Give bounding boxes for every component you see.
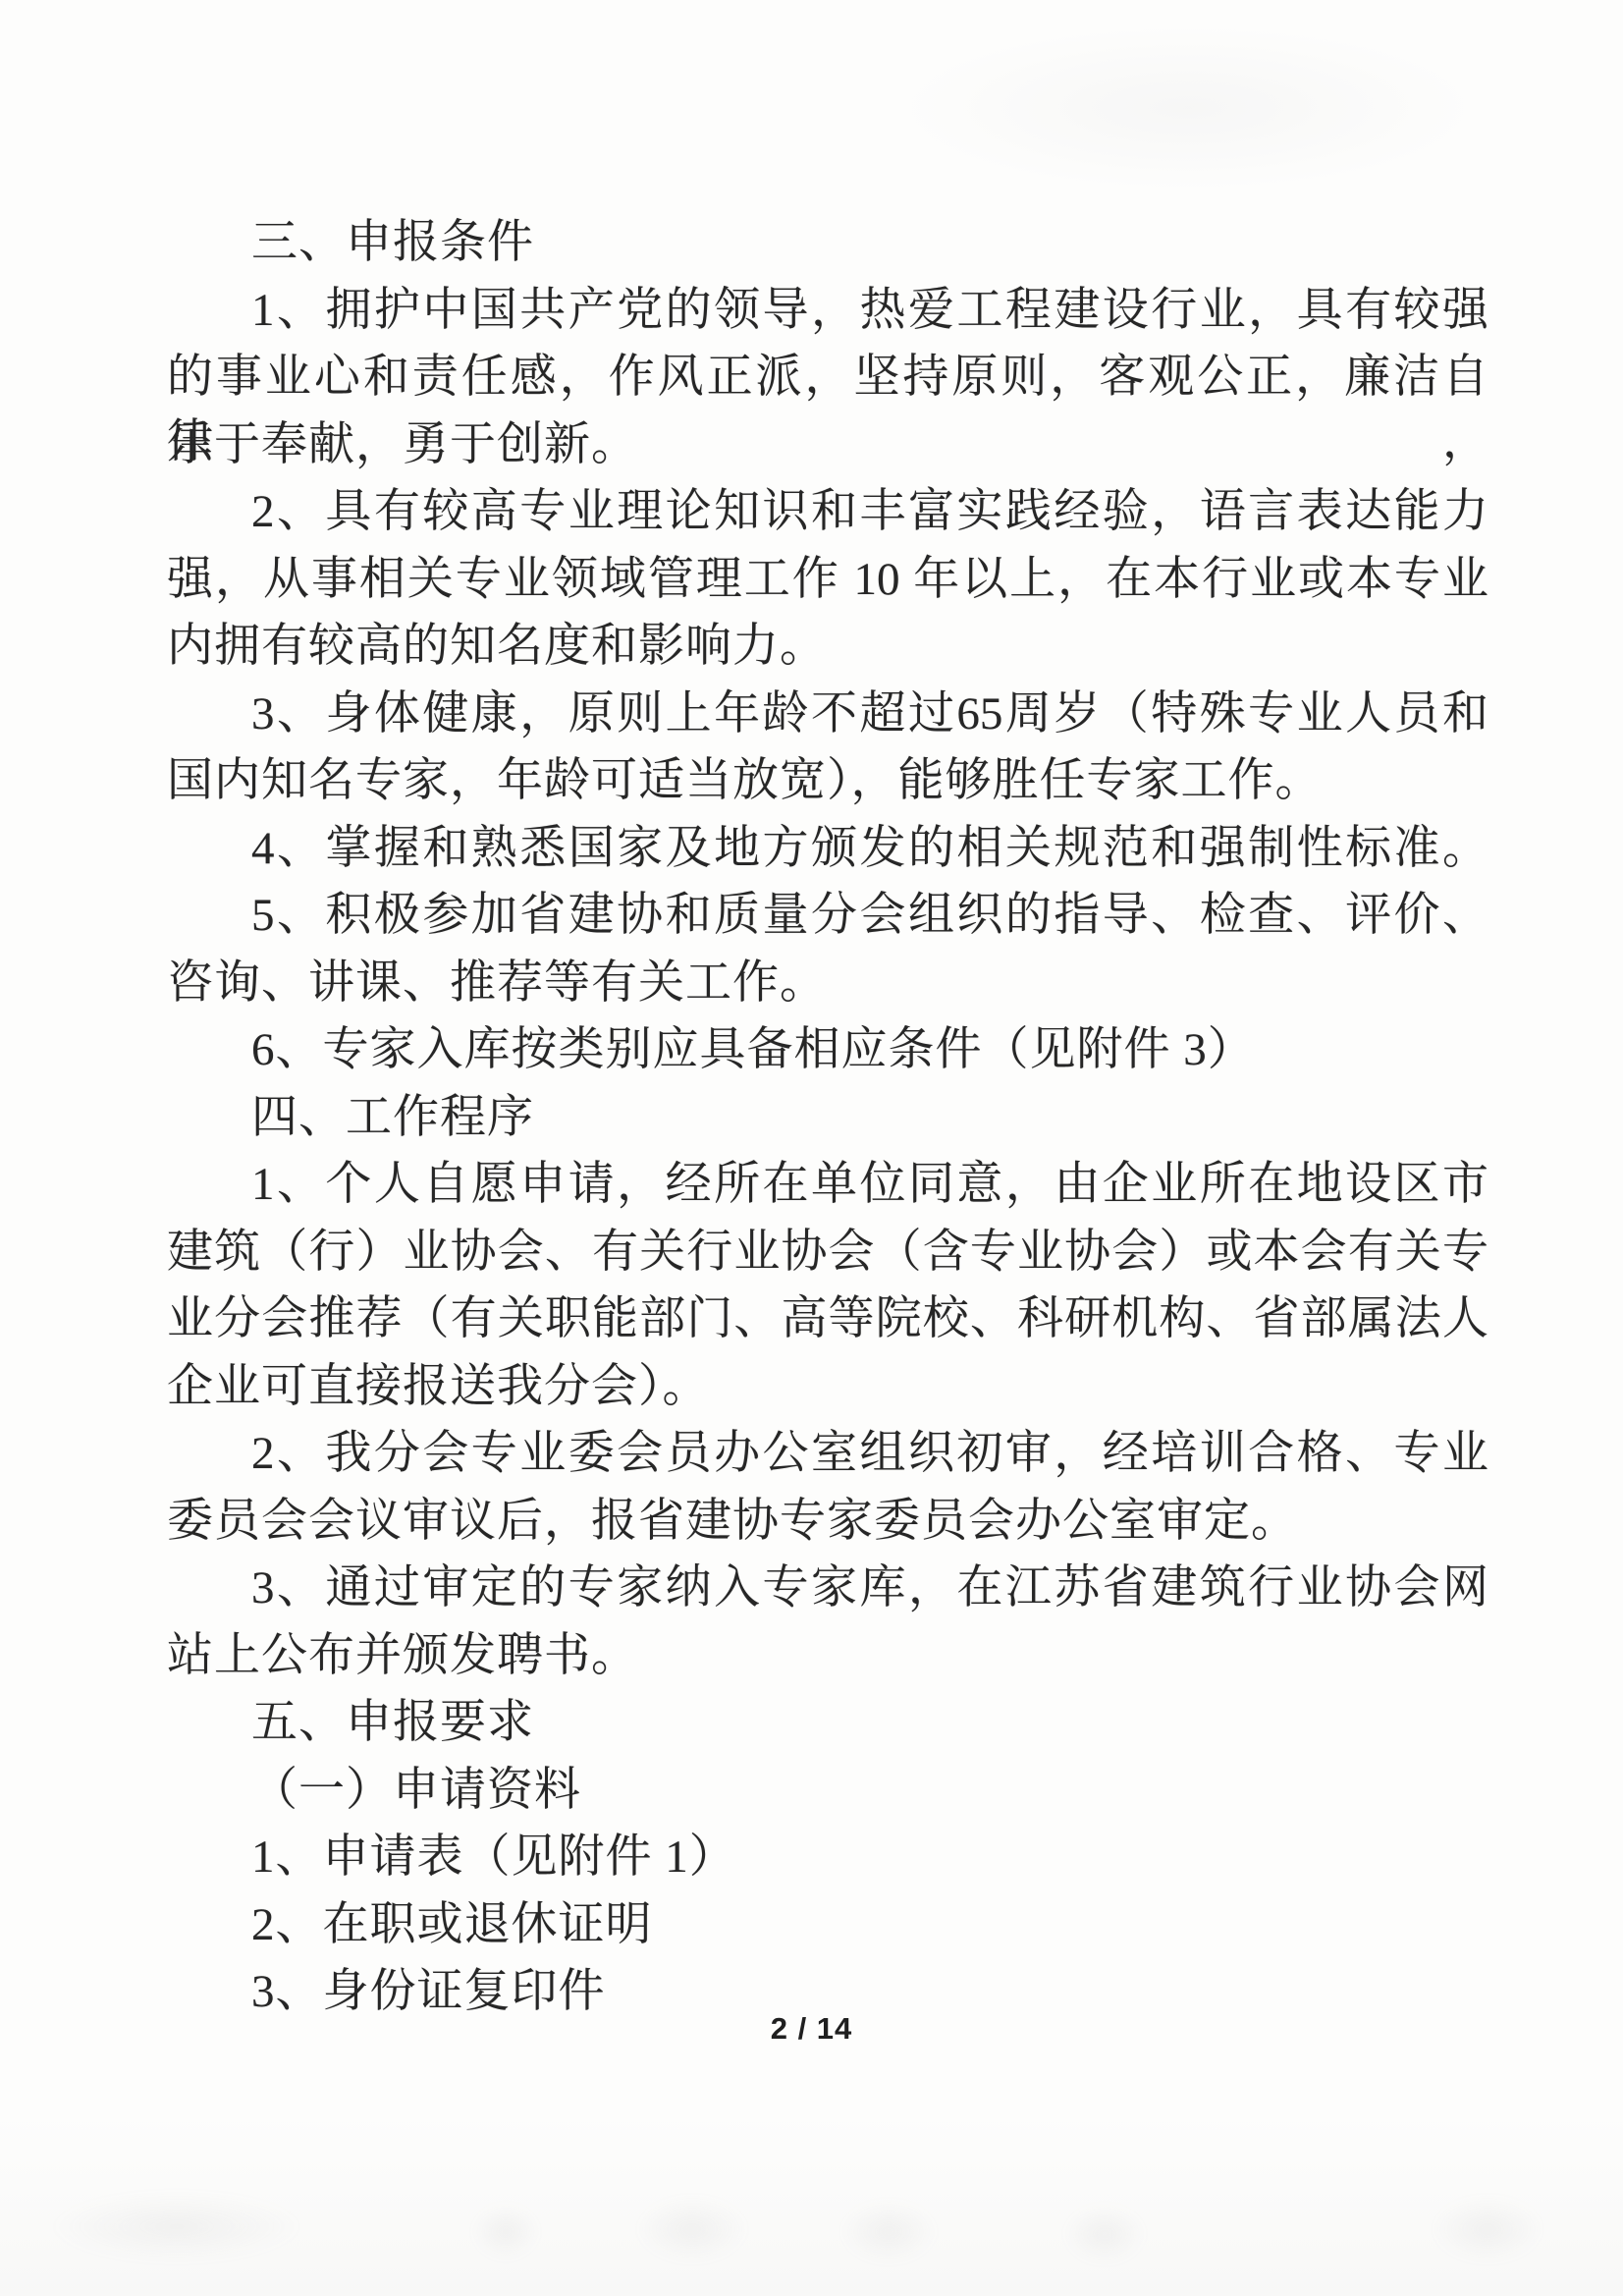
doc-line: 站上公布并颁发聘书。 (167, 1623, 1488, 1691)
scanned-document-page: 三、申报条件 1、拥护中国共产党的领导，热爱工程建设行业，具有较强 的事业心和责… (0, 0, 1623, 2296)
section-heading-5: 五、申报要求 (167, 1690, 1488, 1758)
doc-line: 咨询、讲课、推荐等有关工作。 (167, 951, 1488, 1018)
doc-line: 6、专家入库按类别应具备相应条件（见附件 3） (167, 1017, 1488, 1085)
doc-line: 3、身体健康，原则上年龄不超过65周岁（特殊专业人员和 (167, 682, 1488, 749)
doc-line: 5、积极参加省建协和质量分会组织的指导、检查、评价、 (167, 883, 1488, 951)
scan-artifact (619, 2185, 766, 2273)
section-heading-4: 四、工作程序 (167, 1085, 1488, 1153)
doc-line: 4、掌握和熟悉国家及地方颁发的相关规范和强制性标准。 (167, 816, 1488, 884)
doc-line: 2、在职或退休证明 (167, 1892, 1488, 1960)
scan-artifact (1414, 2185, 1561, 2273)
scan-artifact (10, 2180, 344, 2273)
doc-line: 1、拥护中国共产党的领导，热爱工程建设行业，具有较强 (167, 278, 1488, 346)
section-heading-3: 三、申报条件 (167, 210, 1488, 278)
scan-artifact (825, 2190, 952, 2273)
doc-line: 业分会推荐（有关职能部门、高等院校、科研机构、省部属法人 (167, 1286, 1488, 1354)
doc-line: 3、通过审定的专家纳入专家库，在江苏省建筑行业协会网 (167, 1556, 1488, 1623)
doc-line: 2、具有较高专业理论知识和丰富实践经验，语言表达能力 (167, 479, 1488, 547)
scan-artifact (1051, 2195, 1159, 2273)
doc-line: 委员会会议审议后，报省建协专家委员会办公室审定。 (167, 1489, 1488, 1557)
doc-line: 强，从事相关专业领域管理工作 10 年以上，在本行业或本专业 (167, 547, 1488, 615)
scan-artifact (461, 2195, 550, 2269)
doc-line: 1、申请表（见附件 1） (167, 1825, 1488, 1892)
subsection-heading: （一）申请资料 (167, 1758, 1488, 1826)
doc-line: 1、个人自愿申请，经所在单位同意，由企业所在地设区市 (167, 1152, 1488, 1220)
doc-line: 内拥有较高的知名度和影响力。 (167, 614, 1488, 682)
doc-line: 的事业心和责任感，作风正派，坚持原则，客观公正，廉洁自律， (167, 345, 1488, 412)
document-body: 三、申报条件 1、拥护中国共产党的领导，热爱工程建设行业，具有较强 的事业心和责… (167, 210, 1488, 2027)
doc-line: 2、我分会专业委会员办公室组织初审，经培训合格、专业 (167, 1421, 1488, 1489)
page-number: 2 / 14 (0, 2011, 1623, 2047)
doc-line: 建筑（行）业协会、有关行业协会（含专业协会）或本会有关专 (167, 1220, 1488, 1287)
doc-line: 国内知名专家，年龄可适当放宽），能够胜任专家工作。 (167, 748, 1488, 816)
doc-line: 企业可直接报送我分会）。 (167, 1354, 1488, 1422)
